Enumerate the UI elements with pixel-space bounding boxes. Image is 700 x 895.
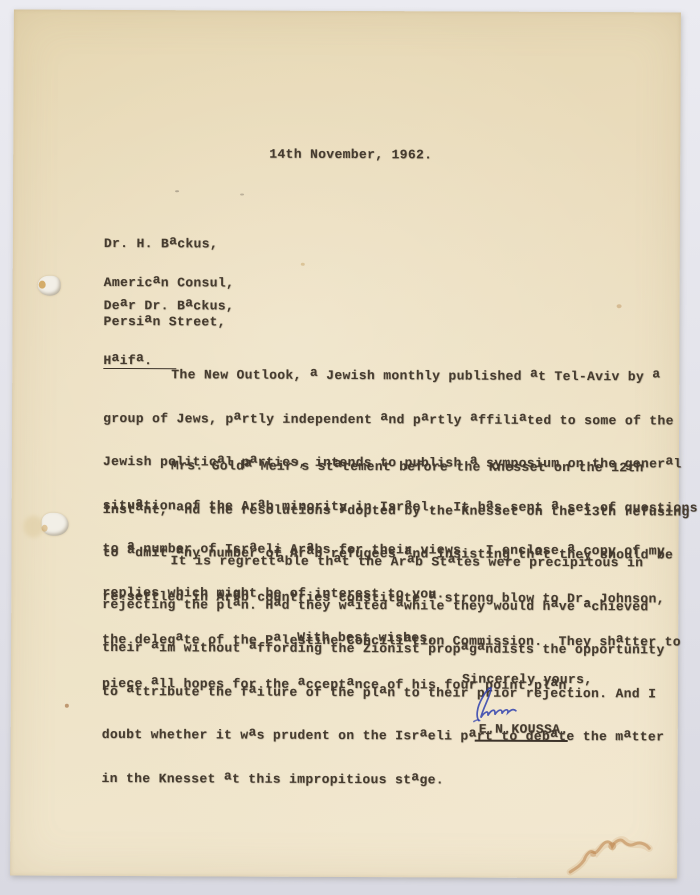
- body-line: doubt whether it was prudent on the Isra…: [102, 728, 665, 745]
- closing: With best wishes,: [297, 631, 436, 646]
- address-line: Persian Street,: [104, 315, 235, 329]
- address-line: American Consul,: [104, 276, 235, 290]
- address-line: Dr. H. Backus,: [104, 237, 235, 251]
- stain-speck: [65, 704, 69, 708]
- body-line: The New Outlook, a Jewish monthly publis…: [103, 368, 698, 385]
- signature-scribble: [469, 682, 521, 726]
- date-line: 14th November, 1962.: [269, 148, 432, 163]
- pencil-speck: [175, 190, 179, 192]
- body-line: Mrs. Golda Meir's statement before the K…: [103, 459, 690, 476]
- signature-underline: [475, 740, 568, 742]
- body-line: in the Knesset at this impropitious stag…: [102, 771, 665, 788]
- salutation: Dear Dr. Backus,: [104, 299, 235, 314]
- paper: 14th November, 1962. Dr. H. Backus, Amer…: [10, 10, 681, 879]
- pencil-speck: [240, 194, 244, 196]
- stain-speck: [617, 304, 622, 308]
- signature-name: E.N.KOUSSA.: [479, 723, 569, 738]
- body-line: rejecting the plan. Had they waited awhi…: [102, 597, 665, 614]
- stain-speck: [301, 263, 305, 266]
- punch-hole: [42, 513, 69, 536]
- body-line: It is regrettable that the Arab States w…: [102, 554, 665, 571]
- photo-background: 14th November, 1962. Dr. H. Backus, Amer…: [0, 0, 700, 895]
- body-line: group of Jews, partly independent and pa…: [103, 411, 698, 428]
- punch-hole: [38, 276, 61, 296]
- body-line: instant, and the resolutions adopted by …: [103, 502, 690, 519]
- rust-stain: [566, 824, 664, 880]
